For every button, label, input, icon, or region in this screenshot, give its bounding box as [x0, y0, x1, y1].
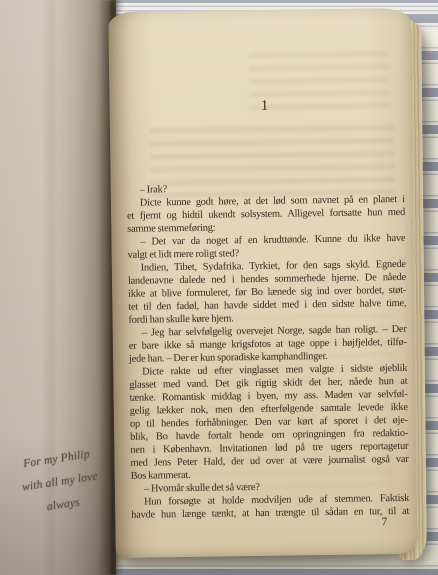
- right-page: 1 – Irak?Dicte kunne godt høre, at det l…: [108, 8, 418, 558]
- photo-of-open-book: For my Philip with all my love always 1 …: [0, 0, 438, 575]
- body-text: – Irak?Dicte kunne godt høre, at det lød…: [127, 180, 410, 522]
- chapter-number: 1: [125, 96, 403, 117]
- page-number: 7: [382, 516, 388, 528]
- text-block: 1 – Irak?Dicte kunne godt høre, at det l…: [124, 8, 410, 558]
- body-text-line: havde hun længe tænkt, at han trængte ti…: [131, 505, 409, 522]
